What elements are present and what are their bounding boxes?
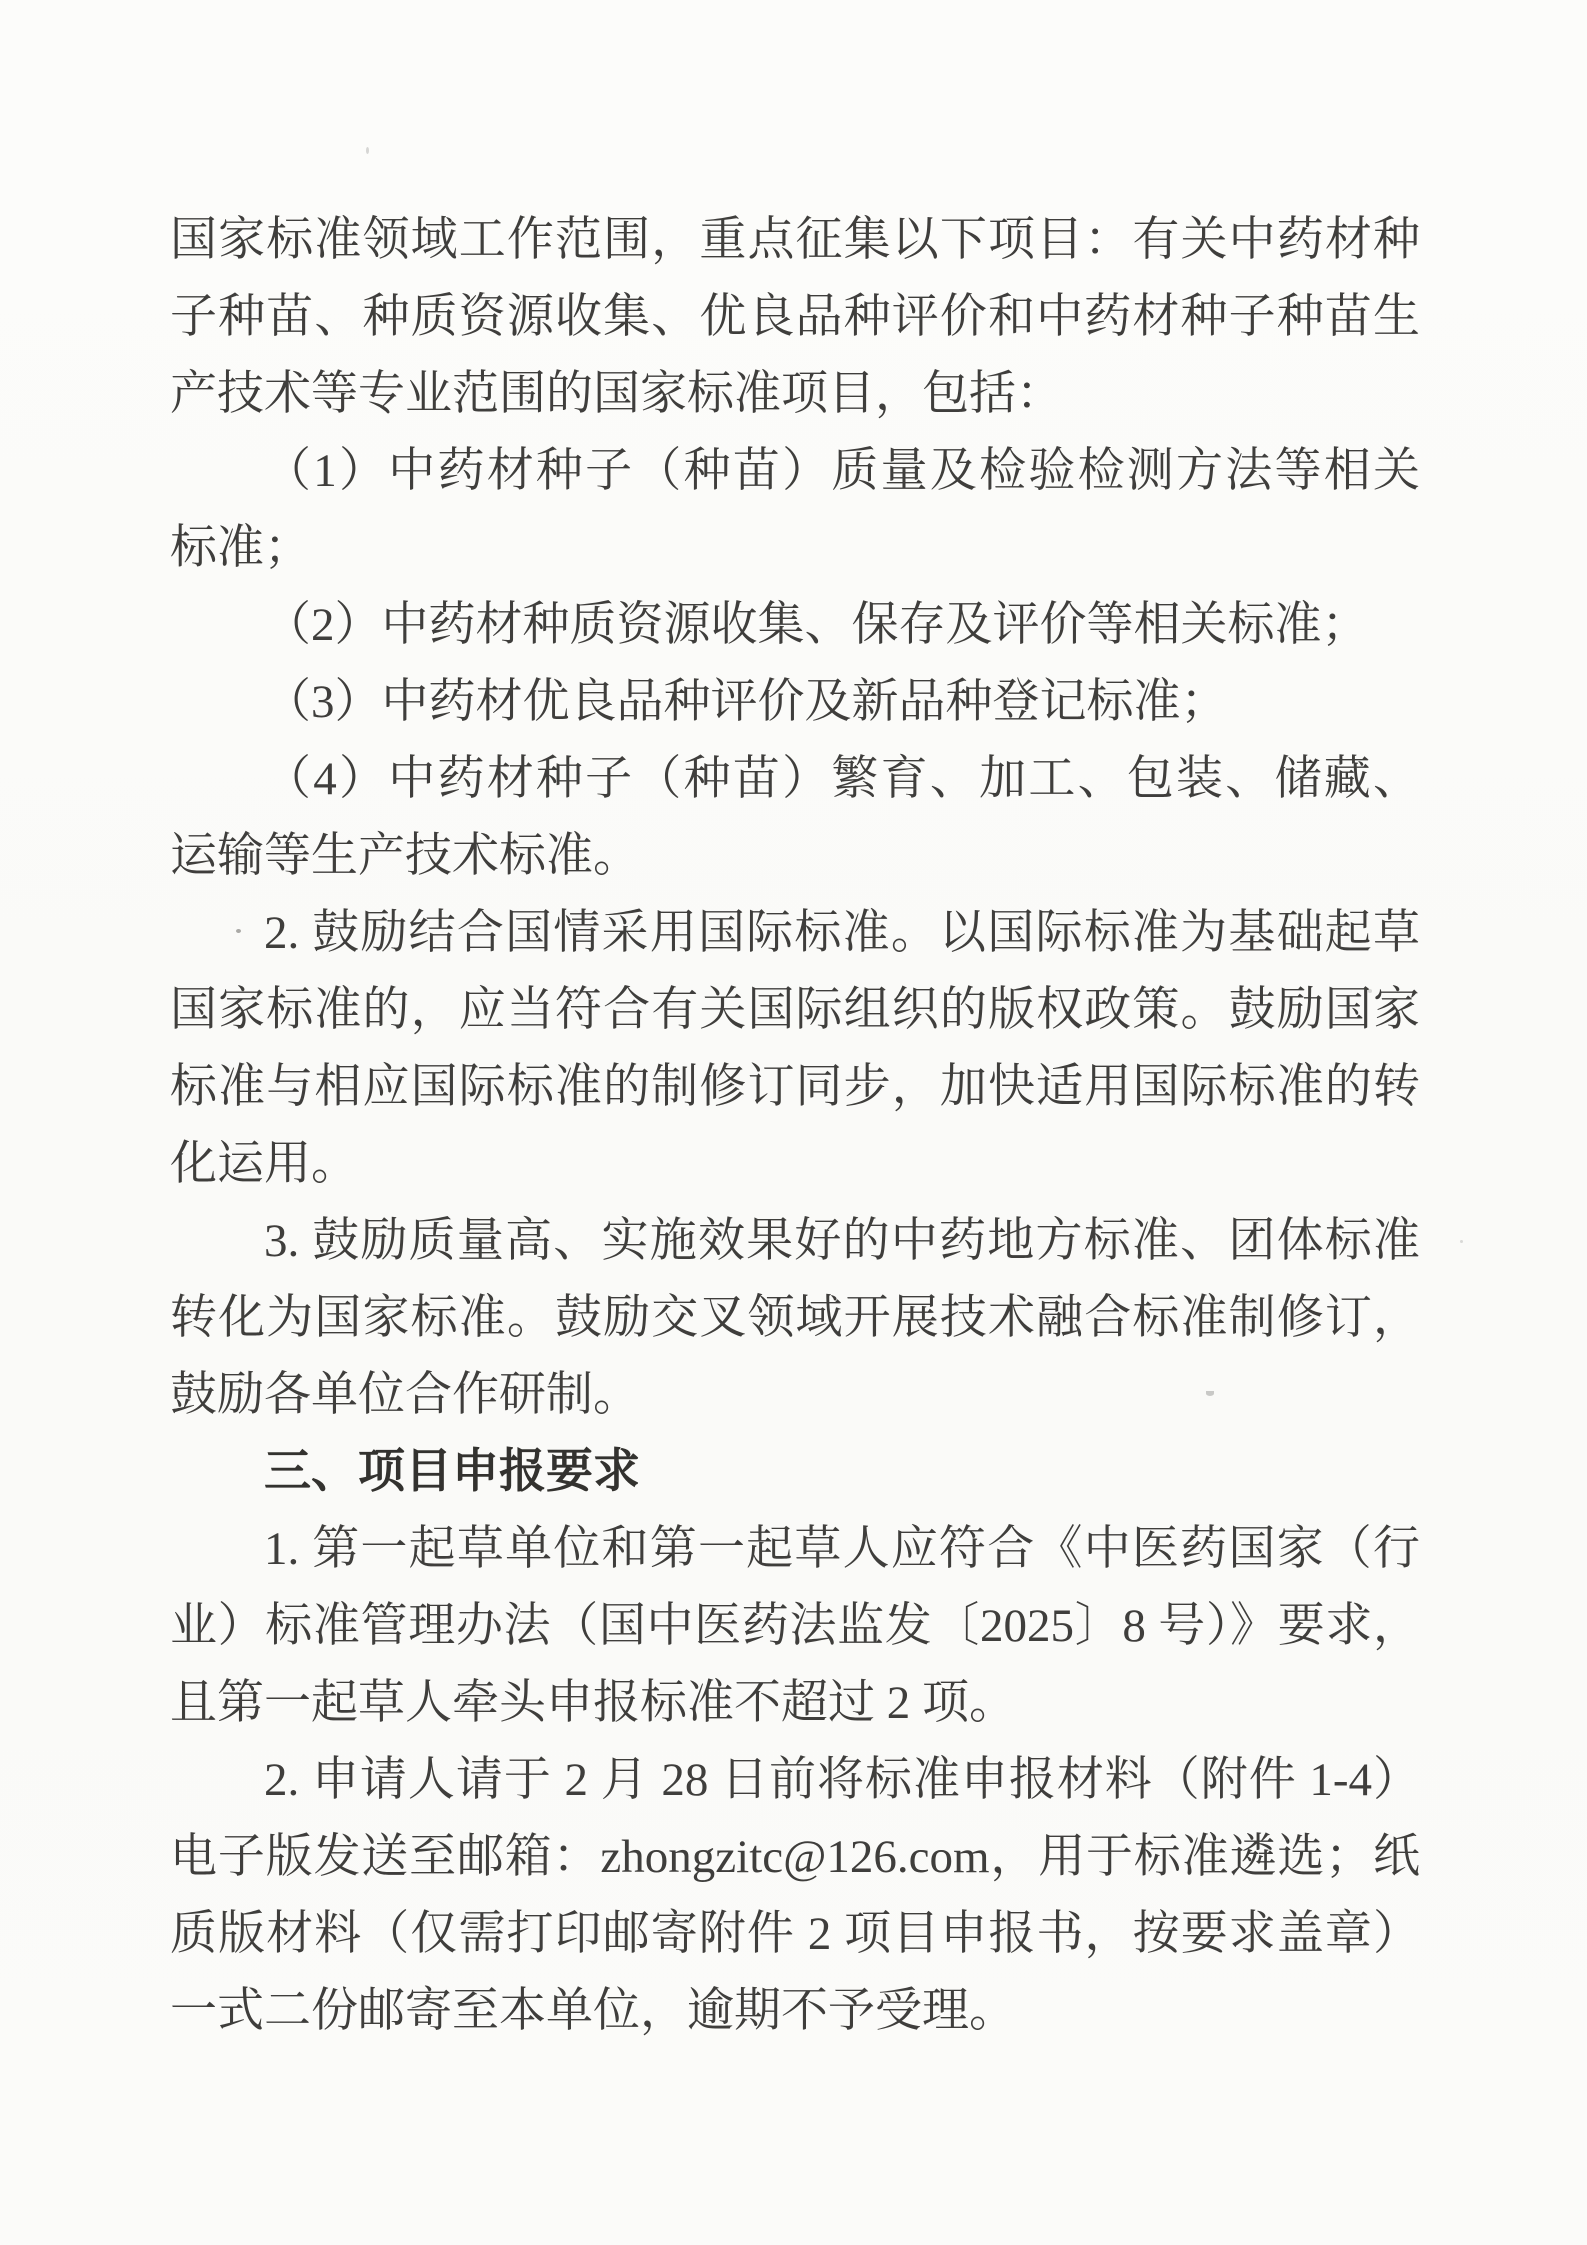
text-line: 产技术等专业范围的国家标准项目，包括： — [170, 356, 1420, 433]
list-item-4: （4）中药材种子（种苗）繁育、加工、包装、储藏、 — [170, 741, 1420, 818]
list-item-1: （1）中药材种子（种苗）质量及检验检测方法等相关 — [170, 433, 1420, 510]
paragraph-3: 3. 鼓励质量高、实施效果好的中药地方标准、团体标准 — [170, 1203, 1420, 1280]
text-line: 标准； — [170, 510, 1420, 587]
text-line: 标准与相应国际标准的制修订同步，加快适用国际标准的转 — [170, 1049, 1420, 1126]
scan-speck — [236, 929, 241, 933]
text-line: 子种苗、种质资源收集、优良品种评价和中药材种子种苗生 — [170, 279, 1420, 356]
text-line: 且第一起草人牵头申报标准不超过 2 项。 — [170, 1665, 1420, 1742]
text-line: 国家标准的，应当符合有关国际组织的版权政策。鼓励国家 — [170, 972, 1420, 1049]
text-line: 国家标准领域工作范围，重点征集以下项目：有关中药材种 — [170, 202, 1420, 279]
text-line-email: 电子版发送至邮箱：zhongzitc@126.com，用于标准遴选；纸 — [170, 1819, 1420, 1896]
document-body: 国家标准领域工作范围，重点征集以下项目：有关中药材种 子种苗、种质资源收集、优良… — [170, 202, 1420, 2050]
scan-speck — [1368, 989, 1372, 993]
text-line: 鼓励各单位合作研制。 — [170, 1357, 1420, 1434]
list-item-3: （3）中药材优良品种评价及新品种登记标准； — [170, 664, 1420, 741]
scanned-document-page: 国家标准领域工作范围，重点征集以下项目：有关中药材种 子种苗、种质资源收集、优良… — [0, 0, 1587, 2245]
scan-speck — [1460, 1240, 1463, 1243]
scan-speck — [1206, 1391, 1214, 1396]
paragraph-requirement-1: 1. 第一起草单位和第一起草人应符合《中医药国家（行 — [170, 1511, 1420, 1588]
text-line: 业）标准管理办法（国中医药法监发〔2025〕8 号）》要求， — [170, 1588, 1420, 1665]
section-heading: 三、项目申报要求 — [170, 1434, 1420, 1511]
paragraph-2: 2. 鼓励结合国情采用国际标准。以国际标准为基础起草 — [170, 895, 1420, 972]
text-line: 化运用。 — [170, 1126, 1420, 1203]
text-line: 运输等生产技术标准。 — [170, 818, 1420, 895]
list-item-2: （2）中药材种质资源收集、保存及评价等相关标准； — [170, 587, 1420, 664]
paragraph-requirement-2: 2. 申请人请于 2 月 28 日前将标准申报材料（附件 1-4） — [170, 1742, 1420, 1819]
scan-speck — [366, 147, 369, 154]
text-line: 转化为国家标准。鼓励交叉领域开展技术融合标准制修订， — [170, 1280, 1420, 1357]
text-line: 一式二份邮寄至本单位，逾期不予受理。 — [170, 1973, 1420, 2050]
text-line: 质版材料（仅需打印邮寄附件 2 项目申报书，按要求盖章） — [170, 1896, 1420, 1973]
